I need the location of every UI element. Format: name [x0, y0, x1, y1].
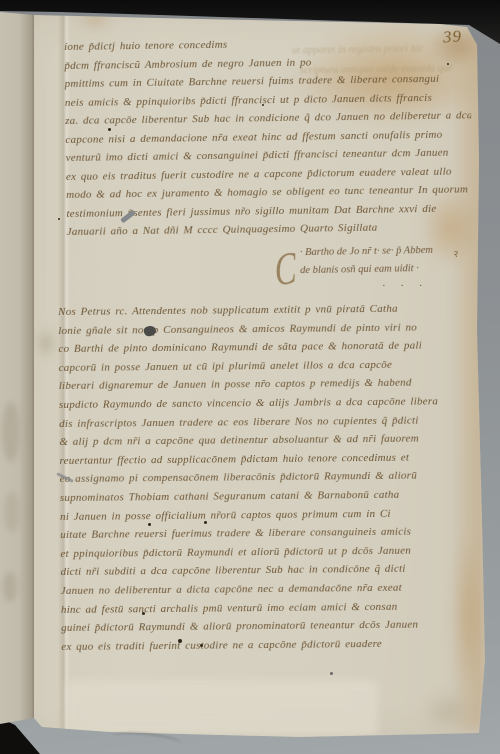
ink-speck	[108, 128, 111, 131]
ink-speck	[148, 523, 151, 526]
show-through-mark	[3, 572, 17, 602]
top-entry-block: ione p̃dictj huio tenore concedims p̃dcm…	[64, 32, 473, 241]
ink-speck	[200, 644, 203, 647]
ink-speck	[142, 612, 145, 615]
manuscript-photo: 39 ut apparet in registro priori hic scr…	[0, 0, 500, 754]
registration-note-line: · Bartho de Jo nr̃ t· se· p̃ Abbem	[300, 242, 433, 262]
registration-note-line: de blanis osñ qui eam uidit ·	[300, 260, 433, 280]
page-leaf: 39 ut apparet in registro priori hic scr…	[0, 0, 500, 754]
manuscript-line: co Barthi de pinto dominicano Raymundi d…	[58, 336, 472, 359]
note-dots: · · ·	[382, 280, 429, 292]
manuscript-line: ex quo eis traditi fuerint custodire ne …	[61, 634, 475, 657]
ink-speck	[178, 639, 182, 643]
registration-note: · Bartho de Jo nr̃ t· se· p̃ Abbem de bl…	[300, 242, 434, 280]
show-through-mark	[4, 492, 20, 532]
note-sidemark: ꝛ	[452, 246, 457, 261]
ink-speck	[447, 63, 449, 65]
stain	[36, 328, 56, 358]
light-patch	[66, 680, 378, 736]
ink-speck	[330, 672, 333, 675]
ink-speck	[58, 218, 60, 220]
facing-page-edge	[0, 12, 34, 726]
manuscript-line: guinei p̃dictorū Raymundi & aliorū prono…	[61, 615, 475, 638]
main-entry-block: Nos Petrus rc. Attendentes nob supplicat…	[58, 299, 475, 656]
stain	[420, 690, 475, 732]
manuscript-line: eo assignamo pi compensacōnem liberacōni…	[60, 466, 474, 489]
ink-speck	[204, 521, 207, 524]
show-through-mark	[2, 402, 20, 462]
manuscript-line: & alij p dcm nr̃i a capcōne qua detinent…	[59, 429, 473, 452]
ink-speck	[262, 104, 264, 106]
paraph-mark: C	[273, 241, 298, 297]
